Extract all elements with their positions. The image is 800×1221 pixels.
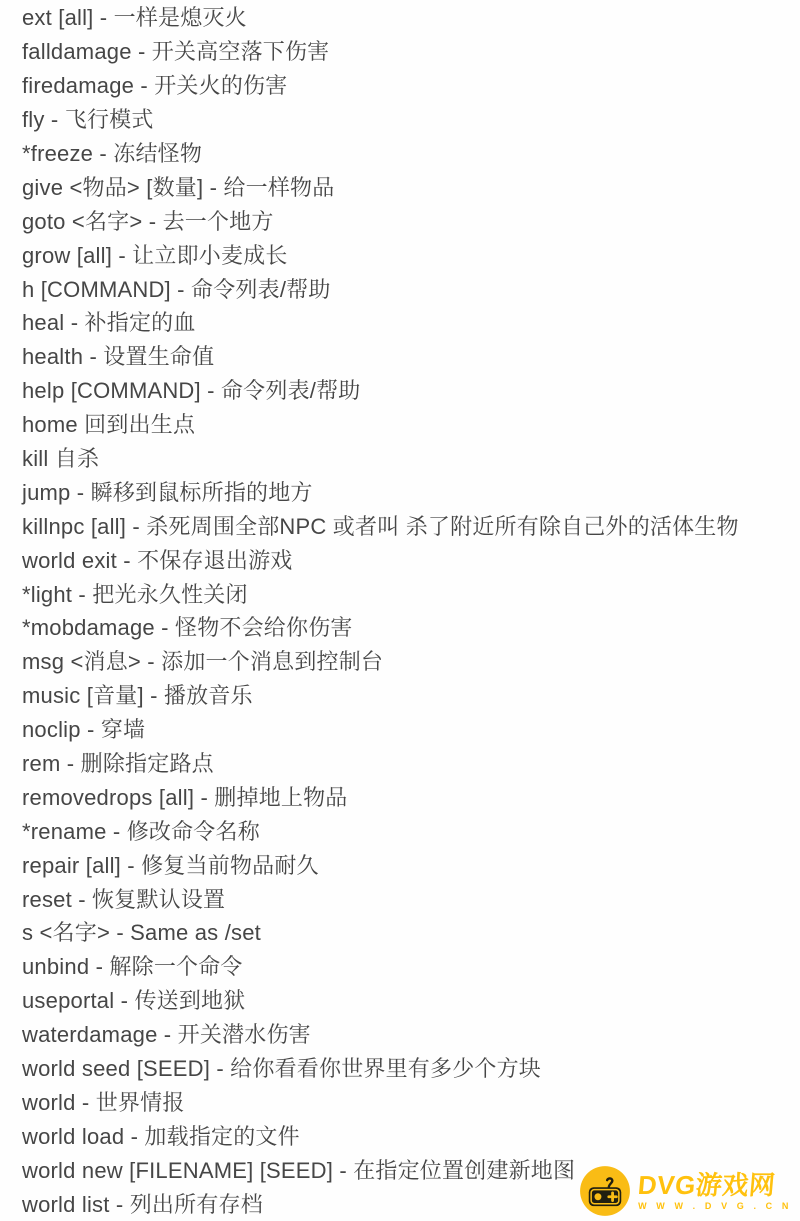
command-list-item: removedrops [all] - 删掉地上物品 [0,779,800,813]
command-list-item: msg <消息> - 添加一个消息到控制台 [0,644,800,678]
command-list-item: repair [all] - 修复当前物品耐久 [0,847,800,881]
command-list-item: noclip - 穿墙 [0,712,800,746]
command-list-item: waterdamage - 开关潜水伤害 [0,1017,800,1051]
command-list-item: killnpc [all] - 杀死周围全部NPC 或者叫 杀了附近所有除自己外… [0,508,800,542]
command-list-item: heal - 补指定的血 [0,305,800,339]
watermark: DVG游戏网 W W W . D V G . C N [579,1165,792,1217]
gamepad-icon [579,1165,631,1217]
command-list-item: world load - 加载指定的文件 [0,1118,800,1152]
watermark-text: DVG游戏网 W W W . D V G . C N [638,1171,792,1212]
command-list-item: world exit - 不保存退出游戏 [0,542,800,576]
command-list-page: ext [all] - 一样是熄灭火falldamage - 开关高空落下伤害f… [0,0,800,1221]
command-list-item: goto <名字> - 去一个地方 [0,203,800,237]
command-list-item: *light - 把光永久性关闭 [0,576,800,610]
command-list-item: unbind - 解除一个命令 [0,949,800,983]
command-list-item: kill 自杀 [0,441,800,475]
watermark-url: W W W . D V G . C N [638,1201,792,1211]
command-list-item: world seed [SEED] - 给你看看你世界里有多少个方块 [0,1051,800,1085]
command-list-item: music [音量] - 播放音乐 [0,678,800,712]
command-list: ext [all] - 一样是熄灭火falldamage - 开关高空落下伤害f… [0,0,800,1221]
command-list-item: falldamage - 开关高空落下伤害 [0,34,800,68]
command-list-item: fly - 飞行模式 [0,102,800,136]
command-list-item: *rename - 修改命令名称 [0,813,800,847]
command-list-item: s <名字> - Same as /set [0,915,800,949]
command-list-item: jump - 瞬移到鼠标所指的地方 [0,474,800,508]
command-list-item: reset - 恢复默认设置 [0,881,800,915]
command-list-item: ext [all] - 一样是熄灭火 [0,0,800,34]
command-list-item: *freeze - 冻结怪物 [0,136,800,170]
command-list-item: rem - 删除指定路点 [0,746,800,780]
command-list-item: home 回到出生点 [0,407,800,441]
command-list-item: health - 设置生命值 [0,339,800,373]
command-list-item: give <物品> [数量] - 给一样物品 [0,169,800,203]
command-list-item: grow [all] - 让立即小麦成长 [0,237,800,271]
command-list-item: help [COMMAND] - 命令列表/帮助 [0,373,800,407]
watermark-brand: DVG游戏网 [637,1171,777,1200]
command-list-item: *mobdamage - 怪物不会给你伤害 [0,610,800,644]
command-list-item: useportal - 传送到地狱 [0,983,800,1017]
command-list-item: world - 世界情报 [0,1085,800,1119]
command-list-item: h [COMMAND] - 命令列表/帮助 [0,271,800,305]
command-list-item: firedamage - 开关火的伤害 [0,68,800,102]
